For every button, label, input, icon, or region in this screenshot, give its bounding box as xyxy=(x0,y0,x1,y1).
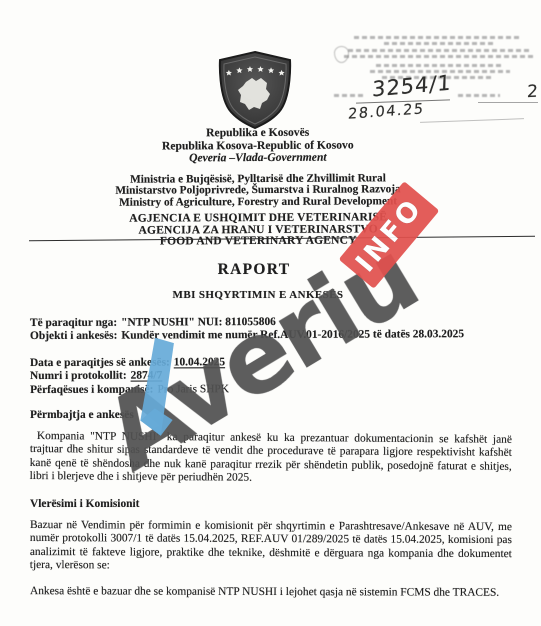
submitted-by-label: Të paraqitur nga: xyxy=(30,317,117,329)
stamp-text-line xyxy=(334,94,364,97)
stamp-text-line xyxy=(348,49,532,52)
stamp-underline xyxy=(478,102,538,103)
kosovo-coat-of-arms-icon xyxy=(214,50,296,130)
conclusion-paragraph: Ankesa është e bazuar dhe se kompanisë N… xyxy=(30,585,512,600)
protocol-stamp: 3254/1 2 28.04.25 xyxy=(332,34,541,130)
section1-paragraph: Kompania "NTP NUSHI" ka paraqitur ankesë… xyxy=(30,430,512,487)
submitted-by-value: "NTP NUSHI" NUI: 811055806 xyxy=(121,316,276,329)
section2-paragraph: Bazuar në Vendimin për formimin e komisi… xyxy=(30,519,512,574)
representative-row: Përfaqësues i kompanisë:Pro Jaris SHPK xyxy=(30,381,512,396)
protocol-number-label: Numri i protokollit: xyxy=(30,370,127,382)
stamp-text-line xyxy=(354,36,522,39)
stamp-date: 28.04.25 xyxy=(348,101,426,122)
report-meta: Të paraqitur nga:"NTP NUSHI" NUI: 811055… xyxy=(30,315,512,344)
report-title: RAPORT xyxy=(30,261,512,279)
report-subtitle: MBI SHQYRTIMIN E ANKESËS xyxy=(30,289,512,302)
submission-date-value: 10.04.2025 xyxy=(174,356,225,368)
subject-row: Objekti i ankesës:Kundër vendimit me num… xyxy=(30,329,512,344)
subject-label: Objekti i ankesës: xyxy=(30,330,117,342)
stamp-scribble-line xyxy=(420,118,524,123)
section1-heading: Përmbajtja e ankesës xyxy=(30,409,512,422)
document-page: 3254/1 2 28.04.25 Republika e Kosovës Re… xyxy=(0,0,541,626)
ministry-line-en: Ministry of Agriculture, Forestry and Ru… xyxy=(0,196,516,211)
report-body: RAPORT MBI SHQYRTIMIN E ANKESËS Të paraq… xyxy=(30,261,512,599)
stamp-text-line xyxy=(384,42,494,45)
letterhead: Republika e Kosovës Republika Kosova-Rep… xyxy=(0,126,516,249)
stamp-text-line xyxy=(376,64,504,67)
report-meta-2: Data e paraqitjes së ankesës:10.04.2025 … xyxy=(30,355,512,397)
stamp-right-value: 2 xyxy=(527,82,539,103)
government-line: Qeveria –Vlada-Government xyxy=(0,151,516,166)
stamp-text-line xyxy=(344,55,536,58)
stamp-text-line xyxy=(458,94,500,97)
section2-heading: Vlerësimi i Komisionit xyxy=(30,498,512,511)
